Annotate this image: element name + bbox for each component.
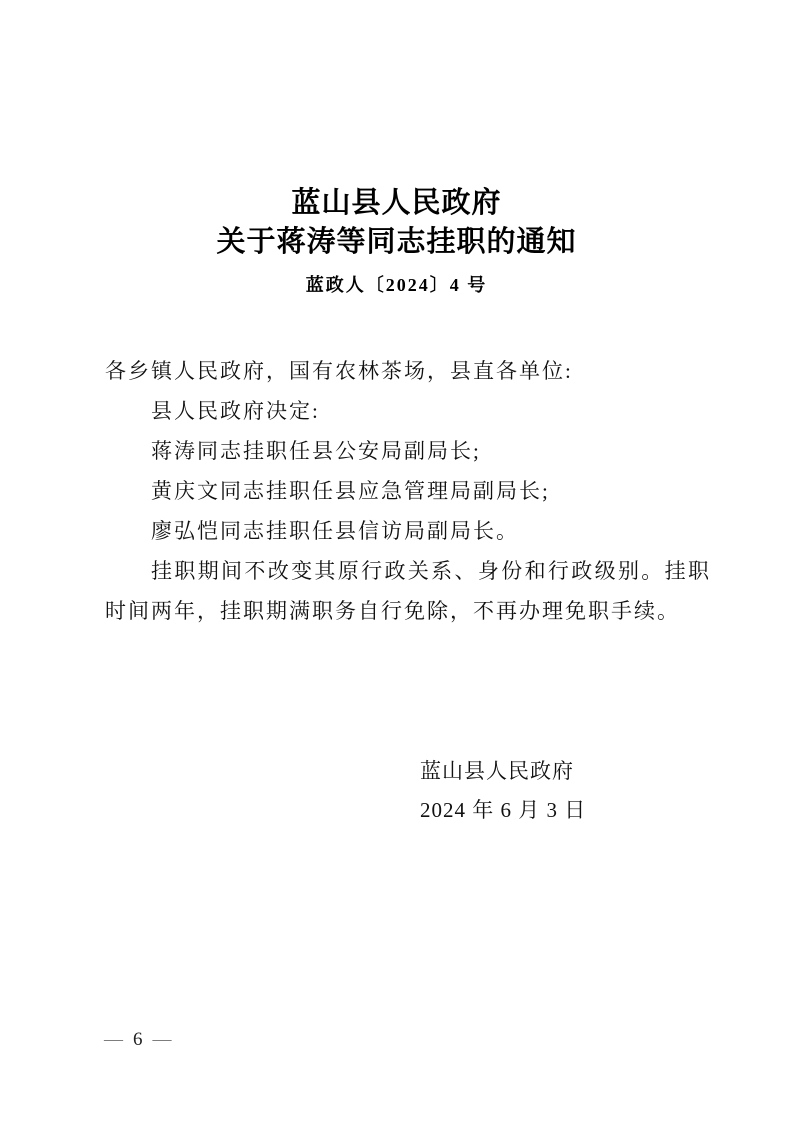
document-title-line1: 蓝山县人民政府 <box>0 184 793 223</box>
closing-paragraph: 挂职期间不改变其原行政关系、身份和行政级别。挂职时间两年，挂职期满职务自行免除，… <box>105 551 711 631</box>
footer-dash-left: — <box>104 1029 123 1050</box>
signature-date: 2024 年 6 月 3 日 <box>420 791 586 830</box>
signature-block: 蓝山县人民政府 2024 年 6 月 3 日 <box>420 752 586 830</box>
page-number: 6 <box>123 1029 153 1050</box>
signature-issuer: 蓝山县人民政府 <box>420 752 586 791</box>
document-body: 各乡镇人民政府，国有农林茶场，县直各单位: 县人民政府决定: 蒋涛同志挂职任县公… <box>105 351 711 631</box>
footer-dash-right: — <box>153 1029 172 1050</box>
document-page: 蓝山县人民政府 关于蒋涛等同志挂职的通知 蓝政人〔2024〕4 号 各乡镇人民政… <box>0 0 793 1122</box>
document-title-line2: 关于蒋涛等同志挂职的通知 <box>0 223 793 262</box>
page-number-footer: —6— <box>104 1029 172 1051</box>
appointment-line: 蒋涛同志挂职任县公安局副局长; <box>105 431 711 471</box>
appointment-line: 黄庆文同志挂职任县应急管理局副局长; <box>105 471 711 511</box>
salutation-line: 各乡镇人民政府，国有农林茶场，县直各单位: <box>105 351 711 391</box>
appointment-line: 廖弘恺同志挂职任县信访局副局长。 <box>105 511 711 551</box>
document-title: 蓝山县人民政府 关于蒋涛等同志挂职的通知 <box>0 184 793 262</box>
decision-intro-line: 县人民政府决定: <box>105 391 711 431</box>
document-number: 蓝政人〔2024〕4 号 <box>0 271 793 297</box>
